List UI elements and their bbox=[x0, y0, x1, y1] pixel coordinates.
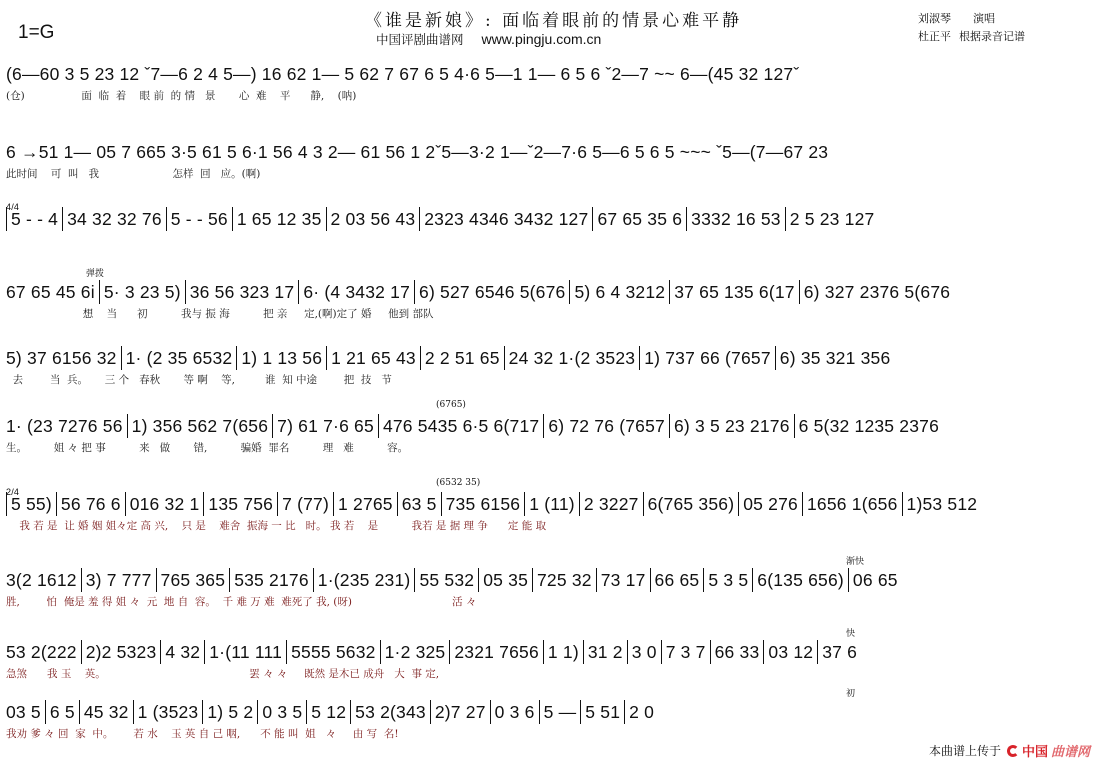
measure: 67 65 45 6i bbox=[6, 280, 99, 304]
measure: 5· 3 23 5) bbox=[99, 280, 185, 304]
lyrics-row: 生。 姐 々 把 事 来 做 错, 骗婚 罪名 理 难 容。 bbox=[6, 441, 1092, 455]
measure: 67 65 35 6 bbox=[592, 207, 686, 231]
measure: 2)2 5323 bbox=[81, 640, 161, 664]
measure: 135 756 bbox=[203, 492, 277, 516]
score-line: 6 →51 1— 05 7 665 3·5 61 5 6·1 56 4 3 2—… bbox=[6, 140, 1092, 181]
measure: 1·2 325 bbox=[380, 640, 450, 664]
measure: 725 32 bbox=[532, 568, 596, 592]
measure: 1·(11 111 bbox=[204, 640, 286, 664]
measure: 03 12 bbox=[763, 640, 817, 664]
notation-row: 6 →51 1— 05 7 665 3·5 61 5 6·1 56 4 3 2—… bbox=[6, 140, 1092, 164]
time-signature: 4/4 bbox=[6, 195, 19, 219]
measure: 24 32 1·(2 3523 bbox=[504, 346, 640, 370]
notation-row: 53 2(2222)2 53234 321·(11 1115555 56321·… bbox=[6, 640, 1092, 664]
credits: 刘淑琴演唱 杜正平根据录音记谱 bbox=[918, 10, 1033, 46]
notation-row: 67 65 45 6i5· 3 23 5)36 56 323 176· (4 3… bbox=[6, 280, 1092, 304]
lyrics-row bbox=[6, 234, 1092, 248]
measure: 05 35 bbox=[478, 568, 532, 592]
lyrics-row: 我劝 爹 々 回 家 中。 若 水 玉 英 自 己 咽, 不 能 叫 姐 々 由… bbox=[6, 727, 1092, 741]
score-line: 67 65 45 6i5· 3 23 5)36 56 323 176· (4 3… bbox=[6, 280, 1092, 321]
measure: 0 3 5 bbox=[257, 700, 306, 724]
lyrics-row: (仓) 面 临 着 眼 前 的 情 景 心 难 平 静, (呐) bbox=[6, 89, 1092, 103]
notation-row: 03 56 545 321 (35231) 5 20 3 55 1253 2(3… bbox=[6, 700, 1092, 724]
measure: 735 6156 bbox=[441, 492, 525, 516]
measure: 1· (23 7276 56 bbox=[6, 414, 127, 438]
measure: 1) 737 66 (7657 bbox=[639, 346, 775, 370]
song-title: 《谁是新娘》: 面临着眼前的情景心难平静 bbox=[365, 6, 742, 31]
transcriber-credit: 杜正平根据录音记谱 bbox=[918, 28, 1033, 46]
measure: 016 32 1 bbox=[125, 492, 204, 516]
measure: 7 3 7 bbox=[661, 640, 710, 664]
measure: 1) 356 562 7(656 bbox=[127, 414, 273, 438]
score-line: 03 56 545 321 (35231) 5 20 3 55 1253 2(3… bbox=[6, 700, 1092, 741]
logo-icon bbox=[1007, 745, 1019, 757]
measure: 5 — bbox=[539, 700, 581, 724]
notation-row: 4/45 - - 434 32 32 765 - - 561 65 12 352… bbox=[6, 207, 1092, 231]
measure: 6· (4 3432 17 bbox=[298, 280, 414, 304]
measure: 6) 327 2376 5(676 bbox=[799, 280, 954, 304]
measure: 1)53 512 bbox=[902, 492, 982, 516]
annotation: (6532 35) bbox=[436, 478, 480, 488]
measure: 5 3 5 bbox=[703, 568, 752, 592]
measure: 1 2765 bbox=[333, 492, 397, 516]
measure: 2)7 27 bbox=[430, 700, 490, 724]
measure: 3332 16 53 bbox=[686, 207, 785, 231]
notation-row: 1· (23 7276 561) 356 562 7(6567) 61 7·6 … bbox=[6, 414, 1092, 438]
measure: (6—60 3 5 23 12 ˇ7—6 2 4 5—) 16 62 1— 5 … bbox=[6, 62, 803, 86]
measure: 1 (3523 bbox=[133, 700, 203, 724]
measure: 2 3227 bbox=[579, 492, 643, 516]
notation-row: (6—60 3 5 23 12 ˇ7—6 2 4 5—) 16 62 1— 5 … bbox=[6, 62, 1092, 86]
measure: 66 33 bbox=[710, 640, 764, 664]
measure: 3 0 bbox=[627, 640, 661, 664]
measure: 06 65 bbox=[848, 568, 902, 592]
measure: 5 - - 56 bbox=[166, 207, 232, 231]
measure: 2323 4346 3432 127 bbox=[419, 207, 592, 231]
measure: 34 32 32 76 bbox=[62, 207, 166, 231]
site-name: 中国评剧曲谱网 bbox=[376, 32, 464, 47]
measure: 2 5 23 127 bbox=[785, 207, 879, 231]
measure: 37 65 135 6(17 bbox=[669, 280, 799, 304]
measure: 6 →51 1— 05 7 665 3·5 61 5 6·1 56 4 3 2—… bbox=[6, 140, 832, 164]
measure: 765 365 bbox=[156, 568, 230, 592]
measure: 53 2(343 bbox=[350, 700, 430, 724]
score-line: 1· (23 7276 561) 356 562 7(6567) 61 7·6 … bbox=[6, 414, 1092, 455]
measure: 2321 7656 bbox=[449, 640, 543, 664]
score-line: 53 2(2222)2 53234 321·(11 1115555 56321·… bbox=[6, 640, 1092, 681]
annotation: 初 bbox=[846, 686, 855, 699]
lyrics-row: 胜, 怕 俺是 羞 得 姐 々 元 地 自 容。 千 难 万 难 难死了 我, … bbox=[6, 595, 1092, 609]
lyrics-row: 我 若 是 让 婚 姻 姐々定 高 兴, 只 是 难舍 振海 一 比 时。 我 … bbox=[6, 519, 1092, 533]
measure: 5) 37 6156 32 bbox=[6, 346, 121, 370]
footer-upload: 本曲谱上传于 中国曲谱网 bbox=[929, 741, 1090, 760]
measure: 6) 527 6546 5(676 bbox=[414, 280, 569, 304]
key-signature: 1=G bbox=[18, 22, 54, 44]
measure: 53 2(222 bbox=[6, 640, 81, 664]
annotation: 渐快 bbox=[846, 554, 864, 567]
score-line: 5) 37 6156 321· (2 35 65321) 1 13 561 21… bbox=[6, 346, 1092, 387]
measure: 56 76 6 bbox=[56, 492, 125, 516]
measure: 63 5 bbox=[397, 492, 441, 516]
measure: 6 5(32 1235 2376 bbox=[794, 414, 943, 438]
score-line: 2/45 55)56 76 6016 32 1135 7567 (77)1 27… bbox=[6, 492, 1092, 533]
measure: 1 1) bbox=[543, 640, 583, 664]
measure: 1· (2 35 6532 bbox=[121, 346, 237, 370]
site-url[interactable]: www.pingju.com.cn bbox=[482, 31, 602, 47]
measure: 1·(235 231) bbox=[313, 568, 415, 592]
measure: 5 12 bbox=[306, 700, 350, 724]
measure: 2 2 51 65 bbox=[420, 346, 504, 370]
measure: 36 56 323 17 bbox=[185, 280, 299, 304]
measure: 45 32 bbox=[79, 700, 133, 724]
measure: 03 5 bbox=[6, 700, 45, 724]
measure: 1) 1 13 56 bbox=[236, 346, 326, 370]
measure: 1 (11) bbox=[524, 492, 579, 516]
time-signature: 2/4 bbox=[6, 480, 19, 504]
measure: 6) 35 321 356 bbox=[775, 346, 895, 370]
measure: 37 6 bbox=[817, 640, 861, 664]
measure: 535 2176 bbox=[229, 568, 313, 592]
measure: 3) 7 777 bbox=[81, 568, 156, 592]
measure: 4 32 bbox=[160, 640, 204, 664]
measure: 55 532 bbox=[414, 568, 478, 592]
measure: 7) 61 7·6 65 bbox=[272, 414, 378, 438]
measure: 5555 5632 bbox=[286, 640, 380, 664]
measure: 6) 3 5 23 2176 bbox=[669, 414, 794, 438]
lyrics-row: 去 当 兵。 三 个 春秋 等 啊 等, 谁 知 中途 把 技 节 bbox=[6, 373, 1092, 387]
measure: 1 21 65 43 bbox=[326, 346, 420, 370]
lyrics-row: 想 当 初 我与 振 海 把 亲 定,(啊)定了 婚 他到 部队 bbox=[6, 307, 1092, 321]
measure: 5 51 bbox=[580, 700, 624, 724]
measure: 1) 5 2 bbox=[202, 700, 257, 724]
annotation: 弹拨 bbox=[86, 266, 104, 279]
measure: 1 65 12 35 bbox=[232, 207, 326, 231]
measure: 05 276 bbox=[738, 492, 802, 516]
measure: 6 5 bbox=[45, 700, 79, 724]
site-line: 中国评剧曲谱网 www.pingju.com.cn bbox=[376, 30, 601, 48]
lyrics-row: 此时间 可 叫 我 怎样 回 应。(啊) bbox=[6, 167, 1092, 181]
measure: 3(2 1612 bbox=[6, 568, 81, 592]
notation-row: 3(2 16123) 7 777765 365535 21761·(235 23… bbox=[6, 568, 1092, 592]
notation-row: 2/45 55)56 76 6016 32 1135 7567 (77)1 27… bbox=[6, 492, 1092, 516]
measure: 1656 1(656 bbox=[802, 492, 902, 516]
singer-credit: 刘淑琴演唱 bbox=[918, 10, 1033, 28]
measure: 6(765 356) bbox=[643, 492, 739, 516]
measure: 2 03 56 43 bbox=[326, 207, 420, 231]
measure: 2 0 bbox=[624, 700, 658, 724]
score-line: 3(2 16123) 7 777765 365535 21761·(235 23… bbox=[6, 568, 1092, 609]
annotation: (6765) bbox=[436, 400, 466, 410]
measure: 6) 72 76 (7657 bbox=[543, 414, 669, 438]
measure: 476 5435 6·5 6(717 bbox=[378, 414, 543, 438]
annotation: 快 bbox=[846, 626, 855, 639]
measure: 0 3 6 bbox=[490, 700, 539, 724]
score-line: (6—60 3 5 23 12 ˇ7—6 2 4 5—) 16 62 1— 5 … bbox=[6, 62, 1092, 103]
lyrics-row: 急煞 我 玉 英。 罢 々 々 既然 是木已 成舟 大 事 定, bbox=[6, 667, 1092, 681]
site-logo[interactable]: 中国曲谱网 bbox=[1007, 741, 1090, 760]
measure: 6(135 656) bbox=[752, 568, 848, 592]
measure: 7 (77) bbox=[277, 492, 333, 516]
measure: 66 65 bbox=[650, 568, 704, 592]
score-line: 4/45 - - 434 32 32 765 - - 561 65 12 352… bbox=[6, 207, 1092, 248]
measure: 31 2 bbox=[583, 640, 627, 664]
measure: 5) 6 4 3212 bbox=[569, 280, 669, 304]
measure: 73 17 bbox=[596, 568, 650, 592]
upload-text: 本曲谱上传于 bbox=[929, 742, 1001, 759]
notation-row: 5) 37 6156 321· (2 35 65321) 1 13 561 21… bbox=[6, 346, 1092, 370]
